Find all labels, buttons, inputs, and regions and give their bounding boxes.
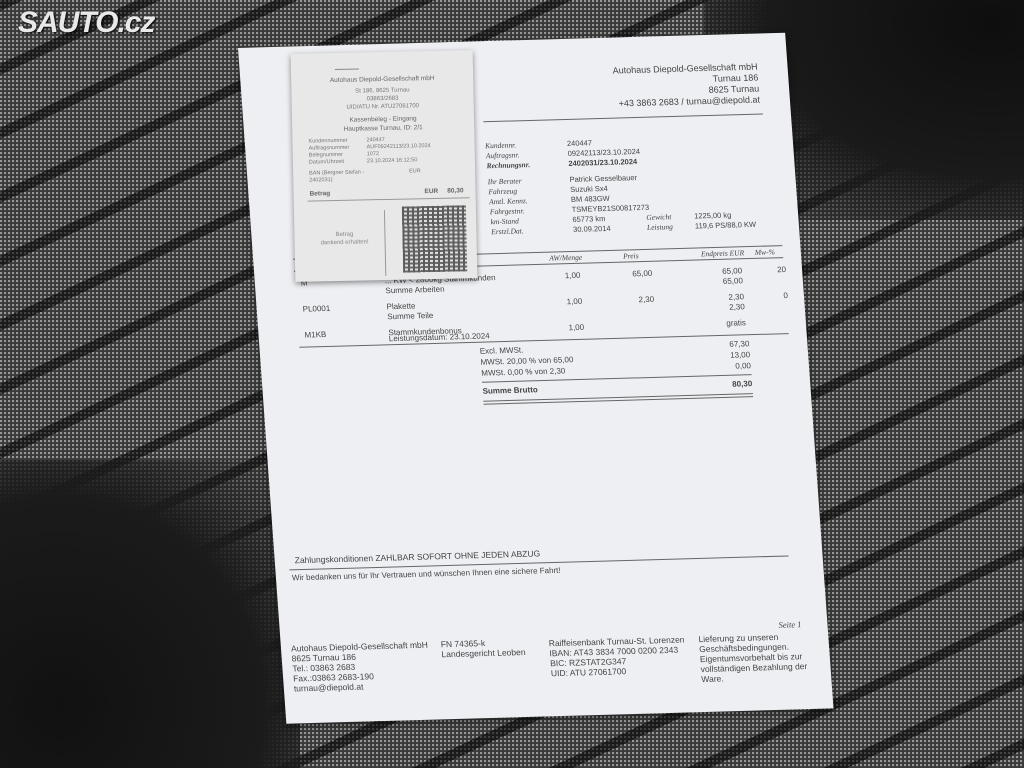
item-total: 2,30 <box>704 292 745 302</box>
receipt-fields: Kundennummer240447AuftragsnummerAUF09242… <box>292 135 475 167</box>
item-total: 65,00 <box>702 266 743 276</box>
item-qty <box>541 281 581 282</box>
vehicle-value: 119,6 PS/88,0 KW <box>695 220 757 231</box>
invoice-number: 2402031/23.10.2024 <box>568 157 637 168</box>
total-label: MWSt. 0,00 % von 2,30 <box>481 365 566 378</box>
vehicle-value: 30.09.2014 <box>573 223 634 235</box>
receipt-company: Autohaus Diepold-Gesellschaft mbH <box>291 73 473 86</box>
footer-col-register: FN 74365-kLandesgericht Leoben <box>440 637 525 659</box>
qr-code <box>402 205 467 272</box>
item-qty: 1,00 <box>544 323 585 333</box>
item-price <box>613 279 653 280</box>
total-value: 67,30 <box>729 338 750 350</box>
item-code: PL0001 <box>302 304 330 314</box>
vehicle-label: Erstzl.Dat. <box>491 225 574 237</box>
item-price <box>616 321 656 322</box>
item-qty: 1,00 <box>540 271 581 281</box>
vehicle-value: BM 483GW <box>571 194 610 204</box>
item-price: 65,00 <box>612 269 653 279</box>
column-header: Mw-% <box>755 247 776 257</box>
amount-currency: EUR <box>424 188 438 195</box>
item-vat: 0 <box>748 291 789 301</box>
amount-label: Betrag <box>309 190 330 197</box>
footer-col-bank: Raiffeisenbank Turnau-St. LorenzenIBAN: … <box>548 634 687 678</box>
amount-value: 80,30 <box>447 187 463 194</box>
meta-value: 240447 <box>567 138 593 148</box>
item-desc: Summe Arbeiten <box>385 285 445 296</box>
item-total: 2,30 <box>704 302 745 312</box>
item-vat <box>747 275 787 276</box>
item-vat <box>750 317 790 318</box>
item-qty: 1,00 <box>542 297 583 307</box>
item-desc: Summe Teile <box>387 311 434 321</box>
cash-receipt: Autohaus Diepold-Gesellschaft mbH St 186… <box>291 50 478 282</box>
item-price: 2,30 <box>614 295 655 305</box>
grand-total-value: 80,30 <box>732 378 753 390</box>
watermark-logo: SAUTO.cz <box>18 6 154 40</box>
grand-total-label: Summe Brutto <box>482 384 538 397</box>
item-price <box>615 305 655 306</box>
invoice-meta: Kundennr.240447 Auftragsnr.09242113/23.1… <box>485 134 757 237</box>
item-code: M1KB <box>304 330 326 340</box>
vehicle-value: 1225,00 kg <box>694 210 732 220</box>
column-header: Endpreis EUR <box>701 248 745 258</box>
receipt-thanks: Betragdankend erhalten! <box>306 230 382 248</box>
item-total: gratis <box>706 318 747 328</box>
footer-col-terms: Lieferung zu unserenGeschäftsbedingungen… <box>698 630 831 684</box>
footer-col-company: Autohaus Diepold-Gesellschaft mbH8625 Tu… <box>291 640 431 694</box>
column-header: Preis <box>623 251 639 260</box>
item-vat <box>748 301 788 302</box>
total-value: 13,00 <box>730 349 751 361</box>
totals: Excl. MWSt.67,30 MWSt. 20,00 % von 65,00… <box>479 334 753 405</box>
total-value: 0,00 <box>735 360 751 371</box>
divider <box>483 113 763 122</box>
item-desc: Plakette <box>386 301 416 311</box>
item-total: 65,00 <box>703 276 744 286</box>
item-qty <box>543 307 583 308</box>
invoice-company-header: Autohaus Diepold-Gesellschaft mbH Turnau… <box>612 62 760 110</box>
seat-shadow <box>0 460 300 768</box>
page-number: Seite 1 <box>778 619 802 630</box>
item-vat: 20 <box>746 265 787 275</box>
column-header: AW/Menge <box>549 253 583 263</box>
vehicle-label: Leistung <box>647 222 696 233</box>
vehicle-value: Suzuki Sx4 <box>570 184 608 194</box>
vehicle-value: Patrick Gesselbauer <box>569 173 637 184</box>
